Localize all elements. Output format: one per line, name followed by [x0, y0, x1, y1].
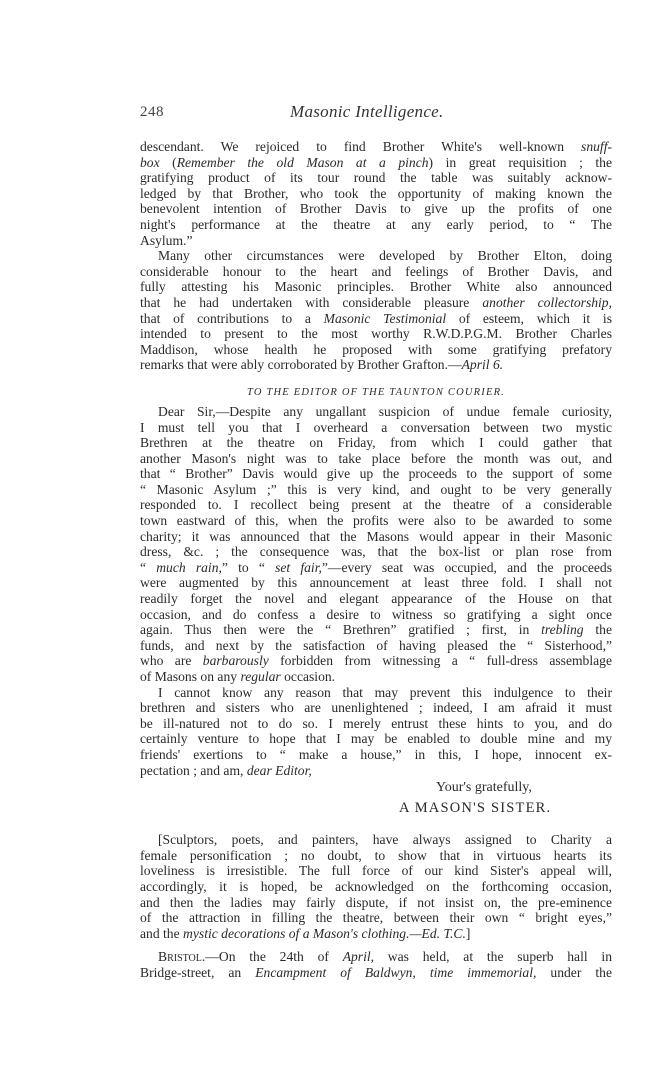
text-line: occasion, and do confess a desire to wit…	[140, 607, 612, 623]
italic-run: another collectorship,	[482, 295, 612, 310]
italic-run: mystic decorations of a Mason's clothing…	[183, 926, 466, 941]
text-line: readily forget the novel and elegant app…	[140, 591, 612, 607]
text-line: that of contributions to a Masonic Testi…	[140, 311, 612, 327]
smallcaps-run: Bristol.	[158, 949, 205, 964]
text-line: fully attesting his Masonic principles. …	[140, 279, 612, 295]
italic-run: much rain,	[156, 560, 222, 575]
article-body: descendant. We rejoiced to find Brother …	[140, 139, 612, 981]
text-line: were augmented by this announcement at l…	[140, 575, 612, 591]
text-line: Bridge-street, an Encampment of Baldwyn,…	[140, 965, 612, 981]
text-line: Many other circumstances were developed …	[140, 248, 612, 264]
text-line: Bristol.—On the 24th of April, was held,…	[140, 949, 612, 965]
text-line: who are barbarously forbidden from witne…	[140, 653, 612, 669]
text-line: intended to present to the most worthy R…	[140, 326, 612, 342]
text-line: charity; it was announced that the Mason…	[140, 529, 612, 545]
text-line: I must tell you that I overheard a conve…	[140, 420, 612, 436]
text-line: ledged by that Brother, who took the opp…	[140, 186, 612, 202]
paragraph-dear-sir: Dear Sir,—Despite any ungallant suspicio…	[140, 404, 612, 685]
text-line: again. Thus then were the “ Brethren” gr…	[140, 622, 612, 638]
text-line: of the attraction in filling the theatre…	[140, 910, 612, 926]
text-line: friends' exertions to “ make a house,” i…	[140, 747, 612, 763]
signature-name: A MASON'S SISTER.	[140, 798, 612, 818]
signature-closing: Your's gratefully,	[140, 778, 612, 798]
italic-run: set fair,	[275, 560, 322, 575]
italic-run: Encampment of Baldwyn, time immemorial,	[255, 965, 536, 980]
text-line: Brethren at the theatre on Friday, from …	[140, 435, 612, 451]
text-line: benevolent intention of Brother Davis to…	[140, 201, 612, 217]
text-line: I cannot know any reason that may preven…	[140, 685, 612, 701]
running-title: Masonic Intelligence.	[290, 102, 444, 122]
spacer	[140, 818, 612, 832]
italic-run: snuff-	[581, 139, 612, 154]
text-line: female personification ; no doubt, to sh…	[140, 848, 612, 864]
italic-run: box	[140, 155, 160, 170]
text-line: “ Masonic Asylum ;” this is very kind, a…	[140, 482, 612, 498]
document-page: 248 Masonic Intelligence. descendant. We…	[140, 102, 612, 981]
text-line: considerable honour to the heart and fee…	[140, 264, 612, 280]
text-line: be ill-natured not to do so. I merely en…	[140, 716, 612, 732]
paragraph-editor-note: [Sculptors, poets, and painters, have al…	[140, 832, 612, 941]
text-line: descendant. We rejoiced to find Brother …	[140, 139, 612, 155]
text-line: responded to. I recollect being present …	[140, 497, 612, 513]
text-line: of Masons on any regular occasion.	[140, 669, 612, 685]
italic-run: regular	[240, 669, 280, 684]
italic-run: April 6.	[462, 357, 504, 372]
text-line: Asylum.”	[140, 233, 612, 249]
paragraph-cannot-know: I cannot know any reason that may preven…	[140, 685, 612, 779]
text-line: funds, and next by the satisfaction of h…	[140, 638, 612, 654]
italic-run: trebling	[541, 622, 584, 637]
text-line: remarks that were ably corroborated by B…	[140, 357, 612, 373]
text-line: another Mason's night was to take place …	[140, 451, 612, 467]
text-line: and then the ladies may fairly dispute, …	[140, 895, 612, 911]
paragraph-snuffbox: descendant. We rejoiced to find Brother …	[140, 139, 612, 248]
italic-run: Masonic Testimonial	[324, 311, 446, 326]
text-line: gratifying product of its tour round the…	[140, 170, 612, 186]
text-line: that “ Brother” Davis would give up the …	[140, 466, 612, 482]
spacer	[140, 941, 612, 949]
text-line: box (Remember the old Mason at a pinch) …	[140, 155, 612, 171]
text-line: certainly venture to hope that I may be …	[140, 731, 612, 747]
text-line: that he had undertaken with considerable…	[140, 295, 612, 311]
paragraph-elton: Many other circumstances were developed …	[140, 248, 612, 373]
text-line: loveliness is irresistible. The full for…	[140, 863, 612, 879]
italic-run: April,	[343, 949, 374, 964]
page-number: 248	[140, 104, 164, 121]
italic-run: Remember the old Mason at a pinch	[177, 155, 429, 170]
text-line: night's performance at the theatre at an…	[140, 217, 612, 233]
italic-run: barbarously	[203, 653, 269, 668]
text-line: and the mystic decorations of a Mason's …	[140, 926, 612, 942]
text-line: [Sculptors, poets, and painters, have al…	[140, 832, 612, 848]
text-line: pectation ; and am, dear Editor,	[140, 763, 612, 779]
text-line: accordingly, it is hoped, be acknowledge…	[140, 879, 612, 895]
paragraph-bristol: Bristol.—On the 24th of April, was held,…	[140, 949, 612, 980]
text-line: “ much rain,” to “ set fair,”—every seat…	[140, 560, 612, 576]
running-header: 248 Masonic Intelligence.	[140, 102, 612, 126]
text-line: brethren and sisters who are unenlighten…	[140, 700, 612, 716]
text-line: Dear Sir,—Despite any ungallant suspicio…	[140, 404, 612, 420]
text-line: dress, &c. ; the consequence was, that t…	[140, 544, 612, 560]
text-line: Maddison, whose health he proposed with …	[140, 342, 612, 358]
letter-heading: To the Editor of the Taunton Courier.	[140, 385, 612, 400]
text-line: town eastward of this, when the profits …	[140, 513, 612, 529]
italic-run: dear Editor,	[247, 763, 312, 778]
